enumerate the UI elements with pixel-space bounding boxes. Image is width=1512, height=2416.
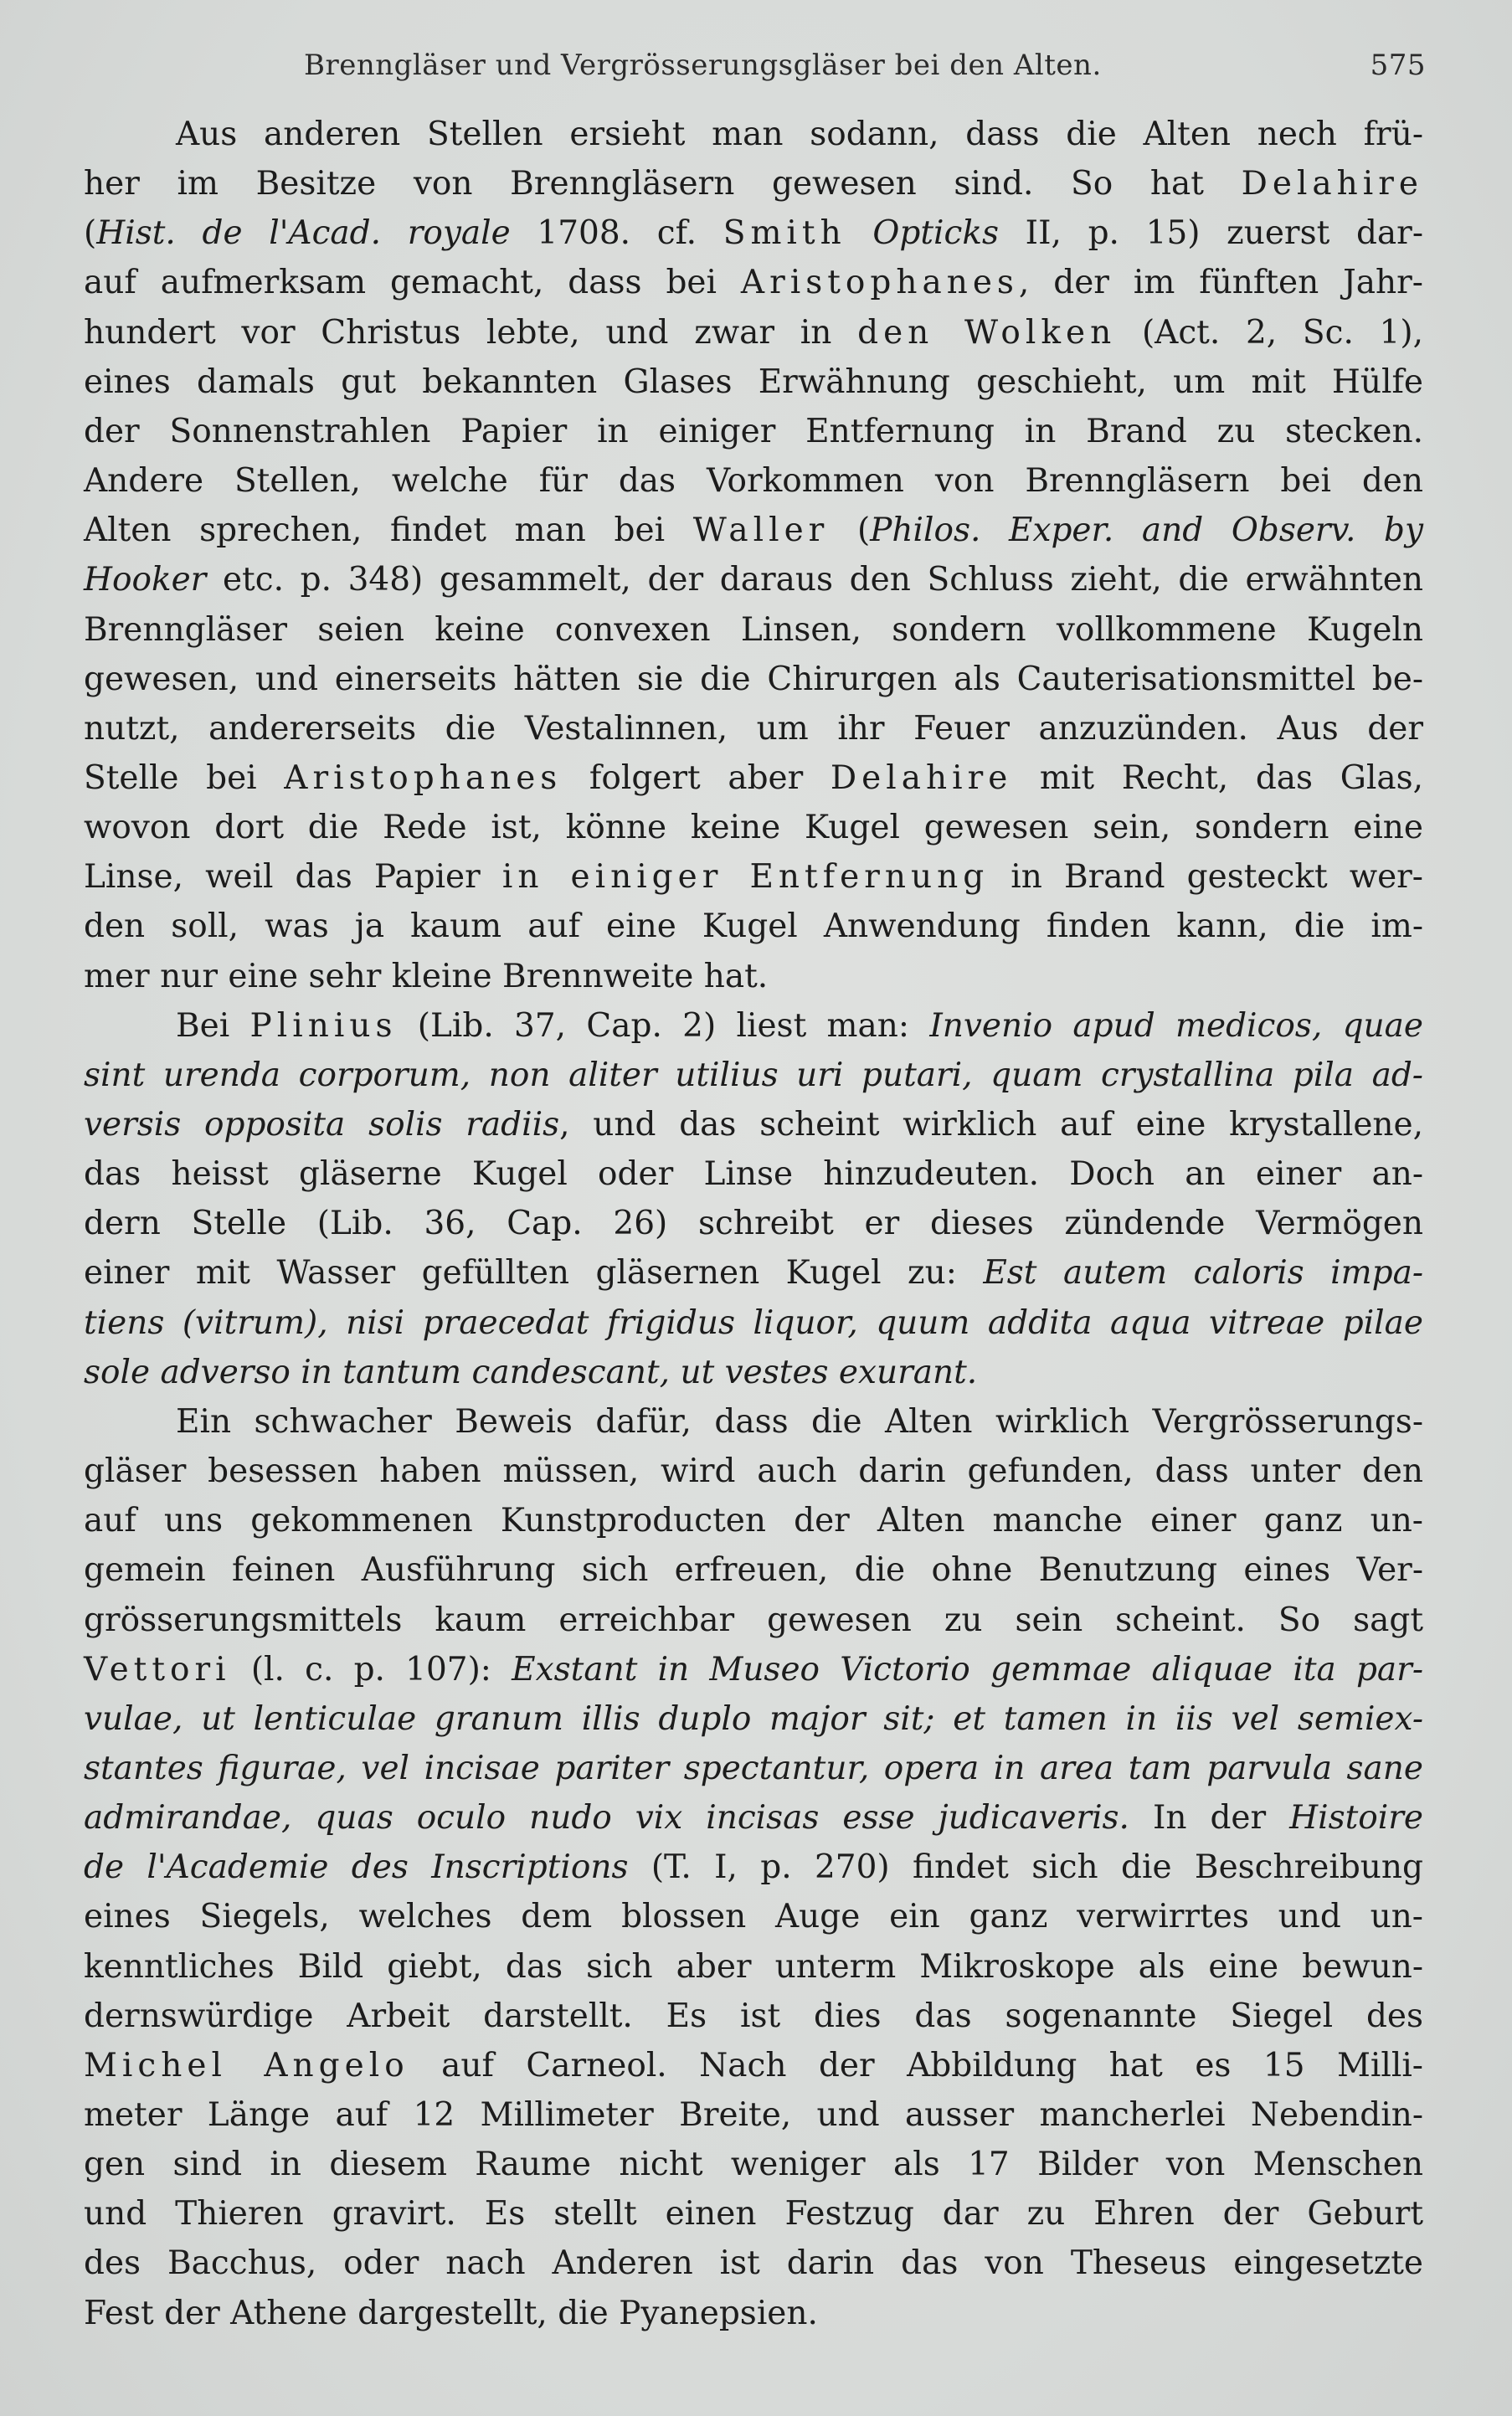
spaced-name: den Wolken [857, 314, 1116, 352]
text-line: den soll, was ja kaum auf eine Kugel Anw… [84, 902, 1423, 951]
text-segment: eines Siegels, welches dem blossen Auge … [84, 1898, 1423, 1935]
text-segment: mit Recht, das Glas, [1012, 759, 1423, 797]
text-line: Linse, weil das Papier in einiger Entfer… [84, 853, 1423, 902]
text-line: der Sonnenstrahlen Papier in einiger Ent… [84, 408, 1423, 456]
text-segment: 1708. cf. [511, 214, 723, 252]
text-line: das heisst gläserne Kugel oder Linse hin… [84, 1150, 1423, 1199]
spaced-name: Vettori [84, 1651, 231, 1689]
text-line: Bei Plinius (Lib. 37, Cap. 2) liest man:… [176, 1002, 1423, 1051]
italic-text: Est autem caloris impa- [983, 1254, 1423, 1292]
text-line: Alten sprechen, findet man bei Waller (P… [84, 506, 1423, 555]
text-segment: auf aufmerksam gemacht, dass bei [84, 264, 741, 301]
text-segment: einer mit Wasser gefüllten gläsernen Kug… [84, 1254, 983, 1292]
text-segment: Andere Stellen, welche für das Vorkommen… [84, 462, 1423, 500]
text-line: gläser besessen haben müssen, wird auch … [84, 1447, 1423, 1496]
text-segment: ( [829, 511, 870, 549]
text-segment: nutzt, andererseits die Vestalinnen, um … [84, 710, 1423, 748]
text-line: auf aufmerksam gemacht, dass bei Aristop… [84, 259, 1423, 307]
text-segment: gläser besessen haben müssen, wird auch … [84, 1452, 1423, 1490]
text-segment: ( [84, 214, 96, 252]
text-segment: meter Länge auf 12 Millimeter Breite, un… [84, 2096, 1423, 2134]
text-line: gemein feinen Ausführung sich erfreuen, … [84, 1546, 1423, 1595]
text-segment: kenntliches Bild giebt, das sich aber un… [84, 1948, 1423, 1986]
text-line: admirandae, quas oculo nudo vix incisas … [84, 1794, 1423, 1843]
text-segment: In der [1129, 1799, 1289, 1837]
italic-text: Opticks [872, 214, 999, 252]
text-segment: gewesen, und einerseits hätten sie die C… [84, 661, 1423, 698]
text-segment: (l. c. p. 107): [231, 1651, 512, 1689]
text-line: stantes figurae, vel incisae pariter spe… [84, 1745, 1423, 1793]
spaced-name: Plinius [250, 1007, 398, 1045]
text-line: meter Länge auf 12 Millimeter Breite, un… [84, 2091, 1423, 2140]
text-line: sole adverso in tantum candescant, ut ve… [84, 1349, 1423, 1397]
page-number: 575 [1371, 49, 1426, 82]
text-segment: , und das scheint wirklich auf eine krys… [559, 1106, 1423, 1144]
text-line: de l'Academie des Inscriptions (T. I, p.… [84, 1843, 1423, 1892]
text-segment: grösserungsmittels kaum erreichbar gewes… [84, 1601, 1423, 1639]
text-segment: mer nur eine sehr kleine Brennweite hat. [84, 958, 768, 995]
text-line: Ein schwacher Beweis dafür, dass die Alt… [176, 1398, 1423, 1447]
text-segment: (Act. 2, Sc. 1), [1116, 314, 1423, 352]
text-line: auf uns gekommenen Kunstproducten der Al… [84, 1497, 1423, 1545]
text-line: nutzt, andererseits die Vestalinnen, um … [84, 705, 1423, 753]
text-line: Fest der Athene dargestellt, die Pyaneps… [84, 2290, 1423, 2338]
text-segment: gemein feinen Ausführung sich erfreuen, … [84, 1551, 1423, 1589]
text-segment: Bei [176, 1007, 250, 1045]
text-line: dern Stelle (Lib. 36, Cap. 26) schreibt … [84, 1200, 1423, 1248]
text-segment: dern Stelle (Lib. 36, Cap. 26) schreibt … [84, 1205, 1423, 1242]
running-head-title: Brenngläser und Vergrösserungsgläser bei… [304, 49, 1102, 82]
text-line: des Bacchus, oder nach Anderen ist darin… [84, 2239, 1423, 2288]
italic-text: stantes figurae, vel incisae pariter spe… [84, 1750, 1423, 1787]
text-line: grösserungsmittels kaum erreichbar gewes… [84, 1596, 1423, 1645]
text-segment: Aus anderen Stellen ersieht man sodann, … [176, 116, 1423, 153]
spaced-name: Aristophanes [284, 759, 562, 797]
text-segment: Ein schwacher Beweis dafür, dass die Alt… [176, 1403, 1423, 1441]
spaced-name: Aristophanes [741, 264, 1019, 301]
italic-text: Hooker [84, 561, 206, 599]
text-segment: auf uns gekommenen Kunstproducten der Al… [84, 1502, 1423, 1540]
text-line: Stelle bei Aristophanes folgert aber Del… [84, 754, 1423, 803]
spaced-name: Michel Angelo [84, 2047, 409, 2084]
text-line: dernswürdige Arbeit darstellt. Es ist di… [84, 1992, 1423, 2041]
text-segment: Brenngläser seien keine convexen Linsen,… [84, 611, 1423, 649]
italic-text: versis opposita solis radiis [84, 1106, 559, 1144]
text-segment: , der im fünften Jahr- [1019, 264, 1423, 301]
text-line: versis opposita solis radiis, und das sc… [84, 1101, 1423, 1149]
text-segment: II, p. 15) zuerst dar- [999, 214, 1423, 252]
text-segment: den soll, was ja kaum auf eine Kugel Anw… [84, 907, 1423, 945]
spaced-name: Delahire [1242, 165, 1423, 203]
text-line: Andere Stellen, welche für das Vorkommen… [84, 457, 1423, 506]
text-segment: in Brand gesteckt wer- [989, 858, 1423, 896]
italic-text: tiens (vitrum), nisi praecedat frigidus … [84, 1304, 1423, 1342]
spaced-name: Smith [723, 214, 846, 252]
text-line: sint urenda corporum, non aliter utilius… [84, 1051, 1423, 1100]
text-segment: gen sind in diesem Raume nicht weniger a… [84, 2146, 1423, 2183]
italic-text: Hist. de l'Acad. royale [96, 214, 510, 252]
text-segment: folgert aber [562, 759, 831, 797]
spaced-name: Delahire [831, 759, 1012, 797]
text-line: einer mit Wasser gefüllten gläsernen Kug… [84, 1249, 1423, 1298]
italic-text: Invenio apud medicos, quae [929, 1007, 1423, 1045]
text-line: (Hist. de l'Acad. royale 1708. cf. Smith… [84, 209, 1423, 258]
text-line: und Thieren gravirt. Es stellt einen Fes… [84, 2190, 1423, 2239]
text-segment: her im Besitze von Brenngläsern gewesen … [84, 165, 1242, 203]
text-line: Brenngläser seien keine convexen Linsen,… [84, 606, 1423, 655]
italic-text: Histoire [1289, 1799, 1423, 1837]
text-line: kenntliches Bild giebt, das sich aber un… [84, 1943, 1423, 1992]
text-line: Aus anderen Stellen ersieht man sodann, … [176, 111, 1423, 159]
text-segment: auf Carneol. Nach der Abbildung hat es 1… [409, 2047, 1423, 2084]
italic-text: de l'Academie des Inscriptions [84, 1848, 628, 1886]
text-line: vulae, ut lenticulae granum illis duplo … [84, 1695, 1423, 1744]
text-segment: der Sonnenstrahlen Papier in einiger Ent… [84, 413, 1423, 450]
text-segment [846, 214, 873, 252]
italic-text: sole adverso in tantum candescant, ut ve… [84, 1354, 977, 1391]
text-line: Michel Angelo auf Carneol. Nach der Abbi… [84, 2042, 1423, 2090]
text-line: Hooker etc. p. 348) gesammelt, der darau… [84, 556, 1423, 604]
text-segment: (T. I, p. 270) findet sich die Beschreib… [628, 1848, 1423, 1886]
text-segment: Linse, weil das Papier [84, 858, 502, 896]
text-segment: etc. p. 348) gesammelt, der daraus den S… [206, 561, 1423, 599]
italic-text: vulae, ut lenticulae granum illis duplo … [84, 1700, 1423, 1738]
text-segment: Fest der Athene dargestellt, die Pyaneps… [84, 2295, 818, 2332]
text-line: Vettori (l. c. p. 107): Exstant in Museo… [84, 1646, 1423, 1694]
text-line: mer nur eine sehr kleine Brennweite hat. [84, 953, 1423, 1001]
text-segment: und Thieren gravirt. Es stellt einen Fes… [84, 2195, 1423, 2233]
text-line: gen sind in diesem Raume nicht weniger a… [84, 2141, 1423, 2189]
text-segment: das heisst gläserne Kugel oder Linse hin… [84, 1155, 1423, 1193]
text-line: gewesen, und einerseits hätten sie die C… [84, 655, 1423, 704]
text-segment: (Lib. 37, Cap. 2) liest man: [397, 1007, 929, 1045]
text-line: wovon dort die Rede ist, könne keine Kug… [84, 804, 1423, 852]
text-segment: dernswürdige Arbeit darstellt. Es ist di… [84, 1997, 1423, 2035]
italic-text: admirandae, quas oculo nudo vix incisas … [84, 1799, 1129, 1837]
text-segment: hundert vor Christus lebte, und zwar in [84, 314, 857, 352]
italic-text: Exstant in Museo Victorio gemmae aliquae… [512, 1651, 1423, 1689]
italic-text: Philos. Exper. and Observ. by [870, 511, 1423, 549]
text-segment: wovon dort die Rede ist, könne keine Kug… [84, 809, 1423, 846]
text-segment: des Bacchus, oder nach Anderen ist darin… [84, 2244, 1423, 2282]
italic-text: sint urenda corporum, non aliter utilius… [84, 1056, 1423, 1094]
text-segment: Alten sprechen, findet man bei [84, 511, 693, 549]
spaced-name: Waller [693, 511, 830, 549]
book-page: Brenngläser und Vergrösserungsgläser bei… [0, 0, 1512, 2416]
text-segment: Stelle bei [84, 759, 284, 797]
text-line: eines Siegels, welches dem blossen Auge … [84, 1893, 1423, 1941]
running-head: Brenngläser und Vergrösserungsgläser bei… [304, 49, 1426, 90]
spaced-name: in einiger Entfernung [502, 858, 989, 896]
text-line: tiens (vitrum), nisi praecedat frigidus … [84, 1299, 1423, 1348]
text-line: hundert vor Christus lebte, und zwar in … [84, 309, 1423, 357]
text-line: eines damals gut bekannten Glases Erwähn… [84, 358, 1423, 407]
text-line: her im Besitze von Brenngläsern gewesen … [84, 160, 1423, 208]
text-segment: eines damals gut bekannten Glases Erwähn… [84, 363, 1423, 401]
